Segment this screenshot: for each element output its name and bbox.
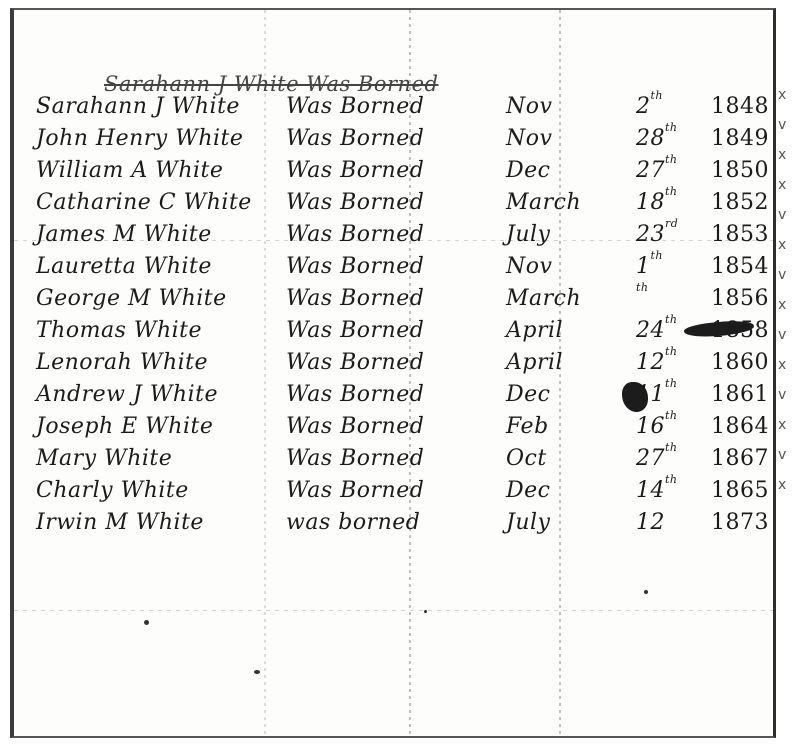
speck [144,620,149,625]
tally-mark: v [778,260,792,290]
entry-year: 1848 [711,94,769,119]
tally-mark: x [778,230,792,260]
struck-text: Sarahann J White Was Borned [104,72,438,96]
entry-row: Irwin M White was borned July 12 1873 [36,510,776,542]
entry-day: 24th [636,318,678,343]
entry-day: 11th [636,382,678,407]
entry-day: 2th [636,94,663,119]
entry-name: Catharine C White [36,190,252,215]
entry-month: July [506,510,550,535]
entry-day: 27th [636,158,678,183]
entry-month: Nov [506,126,552,151]
entry-year: 1852 [711,190,769,215]
entry-verb: Was Borned [286,254,424,279]
entry-verb: Was Borned [286,382,424,407]
entry-name: Irwin M White [36,510,204,535]
tally-mark: x [778,140,792,170]
entry-verb: Was Borned [286,222,424,247]
entry-day: 12th [636,350,678,375]
entry-month: Feb [506,414,549,439]
entry-name: Lenorah White [36,350,208,375]
entry-verb: Was Borned [286,478,424,503]
entry-row: Charly White Was Borned Dec 14th 1865 [36,478,776,510]
entry-verb: was borned [286,510,420,535]
entry-year: 1850 [711,158,769,183]
entry-name: James M White [36,222,212,247]
entry-name: Joseph E White [36,414,213,439]
tally-mark: x [778,470,792,500]
entry-day: 18th [636,190,678,215]
entry-day: 27th [636,446,678,471]
entry-name: William A White [36,158,223,183]
entry-month: April [506,318,563,343]
tally-mark: x [778,80,792,110]
entry-year: 1860 [711,350,769,375]
entry-month: Dec [506,158,550,183]
entry-verb: Was Borned [286,446,424,471]
entry-month: March [506,190,581,215]
entry-name: Charly White [36,478,189,503]
entry-day: 12 [636,510,665,535]
entry-day: th [636,286,649,311]
entry-name: Mary White [36,446,172,471]
entry-month: March [506,286,581,311]
tally-mark: x [778,350,792,380]
entry-month: July [506,222,550,247]
tally-mark: v [778,200,792,230]
entry-name: Lauretta White [36,254,212,279]
tally-mark: v [778,380,792,410]
entry-name: Sarahann J White [36,94,240,119]
tally-mark: v [778,320,792,350]
margin-marks: x v x x v x v x v x v x v x [778,80,792,500]
entry-verb: Was Borned [286,126,424,151]
entry-year: 1854 [711,254,769,279]
entry-year: 1867 [711,446,769,471]
entry-verb: Was Borned [286,414,424,439]
entry-year: 1865 [711,478,769,503]
tally-mark: x [778,170,792,200]
entry-day: 16th [636,414,678,439]
entry-day: 1th [636,254,663,279]
entry-verb: Was Borned [286,350,424,375]
tally-mark: x [778,410,792,440]
entry-verb: Was Borned [286,318,424,343]
entry-year: 1856 [711,286,769,311]
tally-mark: x [778,290,792,320]
entry-verb: Was Borned [286,158,424,183]
entry-verb: Was Borned [286,286,424,311]
entry-month: Nov [506,94,552,119]
entry-verb: Was Borned [286,190,424,215]
entry-name: Thomas White [36,318,202,343]
speck [254,670,260,674]
entry-year: 1858 [711,318,769,343]
speck [644,590,648,594]
entry-name: George M White [36,286,227,311]
entry-month: April [506,350,563,375]
entry-day: 28th [636,126,678,151]
entry-day: 14th [636,478,678,503]
tally-mark: v [778,110,792,140]
entry-month: Dec [506,478,550,503]
entry-day: 23rd [636,222,678,247]
entry-row: James M White Was Borned July 23rd 1853 [36,222,776,254]
entry-year: 1853 [711,222,769,247]
entry-year: 1873 [711,510,769,535]
entry-row: Lauretta White Was Borned Nov 1th 1854 [36,254,776,286]
entry-month: Dec [506,382,550,407]
tally-mark: v [778,440,792,470]
entry-month: Oct [506,446,547,471]
entry-year: 1864 [711,414,769,439]
entry-year: 1849 [711,126,769,151]
speck [424,610,427,613]
document-page: Sarahann J White Was Borned Sarahann J W… [10,8,776,738]
entry-verb: Was Borned [286,94,424,119]
entry-year: 1861 [711,382,769,407]
entry-name: Andrew J White [36,382,218,407]
fold-line [14,610,773,611]
entry-name: John Henry White [36,126,243,151]
entry-month: Nov [506,254,552,279]
